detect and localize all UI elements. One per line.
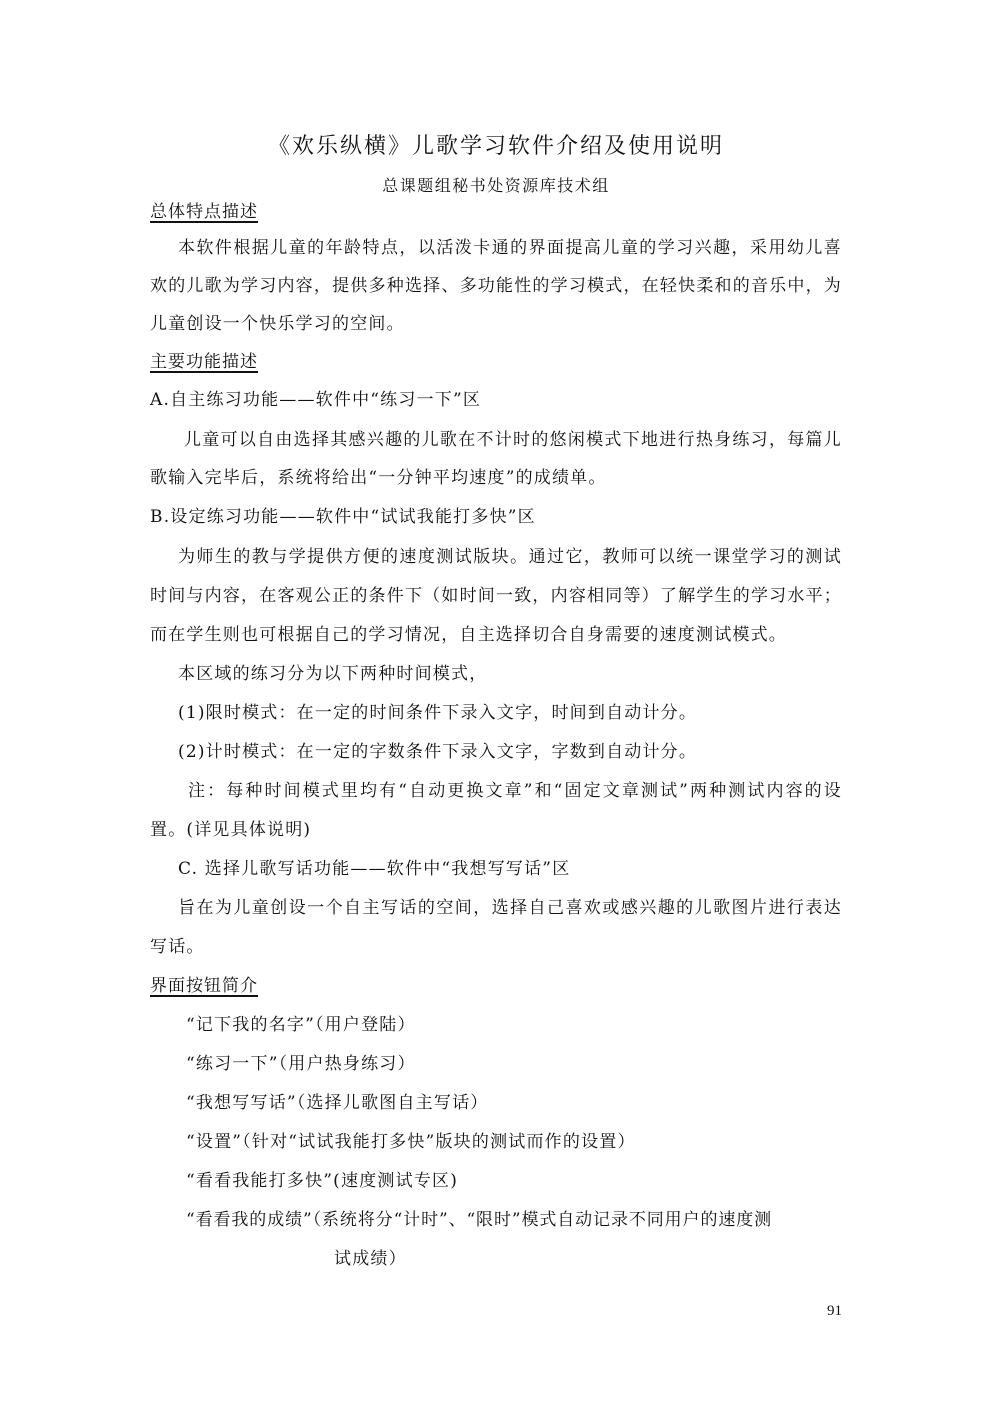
function-b-mode-timed: (2)计时模式：在一定的字数条件下录入文字，字数到自动计分。: [178, 741, 697, 763]
button-description-scores-continuation: 试成绩）: [334, 1248, 407, 1270]
overview-paragraph-line: 本软件根据儿童的年龄特点，以活泼卡通的界面提高儿童的学习兴趣，采用幼儿喜: [150, 237, 842, 259]
overview-paragraph-line: 儿童创设一个快乐学习的空间。: [150, 313, 405, 335]
function-b-modes-intro: 本区域的练习分为以下两种时间模式，: [178, 663, 487, 685]
function-b-line: 为师生的教与学提供方便的速度测试版块。通过它，教师可以统一课堂学习的测试: [150, 546, 842, 568]
function-c-line: 写话。: [150, 936, 205, 958]
page-number: 91: [827, 1303, 842, 1320]
function-a-line: 儿童可以自由选择其感兴趣的儿歌在不计时的悠闲模式下地进行热身练习，每篇儿: [150, 429, 842, 451]
function-b-note-line: 注：每种时间模式里均有“自动更换文章”和“固定文章测试”两种测试内容的设: [150, 780, 842, 802]
function-a-line: 歌输入完毕后，系统将给出“一分钟平均速度”的成绩单。: [150, 467, 607, 489]
function-c-title: C. 选择儿歌写话功能——软件中“我想写写话”区: [178, 858, 570, 880]
button-description-scores: “看看我的成绩”（系统将分“计时”、“限时”模式自动记录不同用户的速度测: [186, 1209, 772, 1231]
button-description-speed-test: “看看我能打多快”(速度测试专区): [186, 1170, 458, 1192]
function-b-mode-limited-time: (1)限时模式：在一定的时间条件下录入文字，时间到自动计分。: [178, 702, 697, 724]
button-description-settings: “设置”（针对“试试我能打多快”版块的测试而作的设置）: [186, 1131, 636, 1153]
overview-paragraph-line: 欢的儿歌为学习内容，提供多种选择、多功能性的学习模式，在轻快柔和的音乐中，为: [150, 275, 842, 297]
function-b-note-line: 置。(详见具体说明): [150, 819, 311, 841]
document-title: 《欢乐纵横》儿歌学习软件介绍及使用说明: [0, 133, 992, 161]
function-b-line: 时间与内容，在客观公正的条件下（如时间一致，内容相同等）了解学生的学习水平；: [150, 585, 842, 607]
function-a-title: A.自主练习功能——软件中“练习一下”区: [150, 389, 481, 411]
document-page: 《欢乐纵横》儿歌学习软件介绍及使用说明 总课题组秘书处资源库技术组 总体特点描述…: [0, 0, 992, 1403]
button-description-login: “记下我的名字”（用户登陆）: [186, 1014, 416, 1036]
function-c-line: 旨在为儿童创设一个自主写话的空间，选择自己喜欢或感兴趣的儿歌图片进行表达: [150, 897, 842, 919]
function-b-title: B.设定练习功能——软件中“试试我能打多快”区: [150, 506, 536, 528]
button-description-writing: “我想写写话”（选择儿歌图自主写话）: [186, 1092, 488, 1114]
section-heading-overview: 总体特点描述: [150, 201, 258, 223]
button-description-practice: “练习一下”（用户热身练习）: [186, 1053, 416, 1075]
document-subtitle: 总课题组秘书处资源库技术组: [0, 175, 992, 197]
section-heading-functions: 主要功能描述: [150, 351, 258, 373]
function-b-line: 而在学生则也可根据自己的学习情况，自主选择切合自身需要的速度测试模式。: [150, 624, 787, 646]
section-heading-buttons: 界面按钮简介: [150, 975, 258, 997]
